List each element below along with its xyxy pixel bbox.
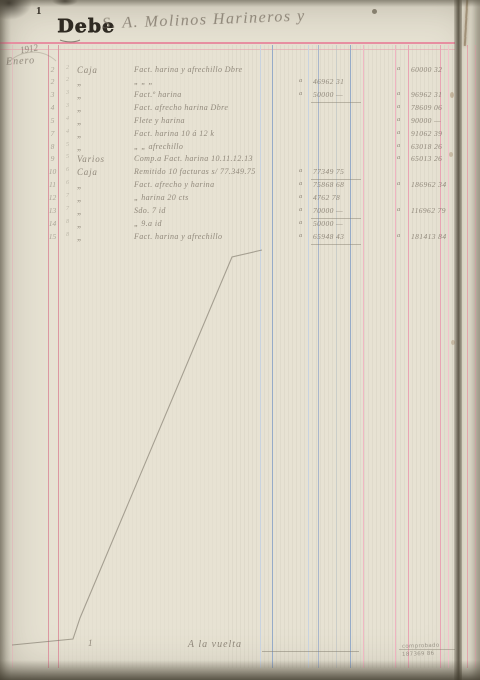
currency-mark-partial: a (299, 90, 309, 97)
folio-cell: 7 (62, 193, 73, 199)
folio-cell: 6 (62, 167, 73, 173)
folio-cell: 5 (62, 142, 73, 148)
folio-cell: 6 (62, 180, 73, 186)
account-cell: „ (77, 219, 135, 229)
account-cell: „ (77, 77, 135, 87)
description-cell: Fact. harina y afrechillo (134, 232, 298, 241)
top-rule-line (0, 42, 455, 44)
day-cell: 5 (45, 116, 60, 125)
account-cell: Caja (77, 65, 135, 75)
account-title-handwritten: S. A. Molinos Harineros y (102, 5, 382, 34)
amount-partial-cell: 50000 — (313, 219, 360, 228)
amount-partial-cell: 50000 — (313, 90, 360, 99)
ledger-row: 12 7 „ „ harina 20 cts a 4762 78 (0, 193, 455, 206)
amount-partial-cell: 70000 — (313, 206, 360, 215)
ledger-row: 14 8 „ „ 9.a id a 50000 — (0, 219, 455, 232)
account-cell: „ (77, 103, 135, 113)
day-cell: 7 (45, 129, 60, 138)
description-cell: Comp.a Fact. harina 10.11.12.13 (134, 154, 298, 163)
page-edge-bottom (0, 660, 480, 680)
ledger-row: 15 8 „ Fact. harina y afrechillo a 65948… (0, 232, 455, 245)
amount-total-cell: 60000 32 (411, 65, 456, 74)
account-cell: „ (77, 116, 135, 126)
binding-edge (454, 0, 462, 680)
foxing-spot (451, 340, 455, 345)
description-cell: Flete y harina (134, 116, 298, 125)
amount-total-cell: 181413 84 (411, 232, 456, 241)
folio-cell: 5 (62, 154, 73, 160)
sum-rule-middle-column (262, 651, 359, 652)
ledger-row: 13 7 „ Sdo. 7 id a 70000 — a 116962 79 (0, 206, 455, 219)
day-cell: 9 (45, 154, 60, 163)
ledger-row: 7 4 „ Fact. harina 10 á 12 k a 91062 39 (0, 129, 455, 142)
currency-mark-total: a (397, 90, 407, 97)
foxing-spot (449, 152, 453, 157)
ledger-row: 11 6 „ Fact. afrecho y harina a 75868 68… (0, 180, 455, 193)
ledger-row: 3 3 „ Fact.º harina a 50000 — a 96962 31 (0, 90, 455, 103)
next-page-rule-1 (467, 45, 468, 668)
ledger-row: 5 4 „ Flete y harina a 90000 — (0, 116, 455, 129)
day-cell: 2 (45, 65, 60, 74)
currency-mark-total: a (397, 232, 407, 239)
currency-mark-partial: a (299, 193, 309, 200)
description-cell: „ 9.a id (134, 219, 298, 228)
day-cell: 10 (45, 167, 60, 176)
currency-mark-total: a (397, 103, 407, 110)
day-cell: 4 (45, 103, 60, 112)
description-cell: Fact. harina 10 á 12 k (134, 129, 298, 138)
day-cell: 8 (45, 142, 60, 151)
currency-mark-partial: a (299, 232, 309, 239)
currency-mark-total: a (397, 180, 407, 187)
page-edge-left (0, 0, 11, 680)
folio-cell: 4 (62, 129, 73, 135)
currency-mark-partial: a (299, 219, 309, 226)
amount-partial-cell: 65948 43 (313, 232, 360, 241)
description-cell: Remitido 10 facturas s/ 77.349.75 (134, 167, 298, 176)
description-cell: Fact. harina y afrechillo Dbre (134, 65, 298, 74)
amount-underline (311, 244, 361, 245)
day-cell: 11 (45, 180, 60, 189)
ledger-row: 9 5 Varios Comp.a Fact. harina 10.11.12.… (0, 154, 455, 167)
folio-cell: 3 (62, 90, 73, 96)
ledger-row: 2 2 „ „ „ „ a 46962 31 (0, 77, 455, 90)
folio-cell: 8 (62, 219, 73, 225)
day-cell: 12 (45, 193, 60, 202)
amount-total-cell: 186962 34 (411, 180, 456, 189)
ledger-row: 2 2 Caja Fact. harina y afrechillo Dbre … (0, 65, 455, 78)
account-cell: „ (77, 232, 135, 242)
foxing-spot (450, 92, 454, 98)
currency-mark-partial: a (299, 206, 309, 213)
description-cell: Fact. afrecho harina Dbre (134, 103, 298, 112)
folio-cell: 2 (62, 77, 73, 83)
description-cell: „ harina 20 cts (134, 193, 298, 202)
next-page-sliver (462, 0, 480, 680)
top-rule-line-secondary (0, 49, 455, 50)
account-cell: „ (77, 90, 135, 100)
folio-cell: 4 (62, 116, 73, 122)
year-annotation: 1912 (19, 43, 38, 56)
description-cell: Fact. afrecho y harina (134, 180, 298, 189)
day-cell: 2 (45, 77, 60, 86)
currency-mark-total: a (397, 116, 407, 123)
amount-total-cell: 91062 39 (411, 129, 456, 138)
amount-partial-cell: 4762 78 (313, 193, 360, 202)
ink-fleck (372, 9, 377, 14)
currency-mark-total: a (397, 206, 407, 213)
day-cell: 14 (45, 219, 60, 228)
folio-cell: 8 (62, 232, 73, 238)
ledger-row: 10 6 Caja Remitido 10 facturas s/ 77.349… (0, 167, 455, 180)
amount-total-cell: 90000 — (411, 116, 456, 125)
currency-mark-total: a (397, 129, 407, 136)
currency-mark-partial: a (299, 180, 309, 187)
ledger-page-scan: 1 Debe S. A. Molinos Harineros y 1912 En… (0, 0, 480, 680)
day-cell: 3 (45, 90, 60, 99)
amount-partial-cell: 46962 31 (313, 77, 360, 86)
pencil-note-line2: 187369 86 (402, 650, 454, 658)
currency-mark-total: a (397, 65, 407, 72)
currency-mark-total: a (397, 142, 407, 149)
currency-mark-partial: a (299, 167, 309, 174)
description-cell: „ „ „ (134, 77, 298, 86)
account-cell: „ (77, 193, 135, 203)
ledger-row: 4 3 „ Fact. afrecho harina Dbre a 78609 … (0, 103, 455, 116)
next-page-rule-2 (475, 45, 476, 668)
amount-total-cell: 63018 26 (411, 142, 456, 151)
currency-mark-partial: a (299, 77, 309, 84)
ledger-row: 8 5 „ „ „ afrechillo a 63018 26 (0, 142, 455, 155)
account-cell: Caja (77, 167, 135, 177)
description-cell: Sdo. 7 id (134, 206, 298, 215)
account-cell: „ (77, 206, 135, 216)
amount-total-cell: 78609 06 (411, 103, 456, 112)
account-cell: Varios (77, 154, 135, 164)
carry-forward-label: A la vuelta (150, 639, 280, 650)
account-cell: „ (77, 129, 135, 139)
account-cell: „ (77, 142, 135, 152)
description-cell: Fact.º harina (134, 90, 298, 99)
footer-tick-mark: 1 (88, 638, 93, 648)
corner-shadow-top-left (0, 0, 32, 20)
folio-cell: 7 (62, 206, 73, 212)
folio-cell: 2 (62, 65, 73, 71)
description-cell: „ „ afrechillo (134, 142, 298, 151)
amount-partial-cell: 77349 75 (313, 167, 360, 176)
amount-partial-cell: 75868 68 (313, 180, 360, 189)
account-cell: „ (77, 180, 135, 190)
currency-mark-total: a (397, 154, 407, 161)
folio-cell: 3 (62, 103, 73, 109)
day-cell: 13 (45, 206, 60, 215)
amount-total-cell: 116962 79 (411, 206, 456, 215)
day-cell: 15 (45, 232, 60, 241)
